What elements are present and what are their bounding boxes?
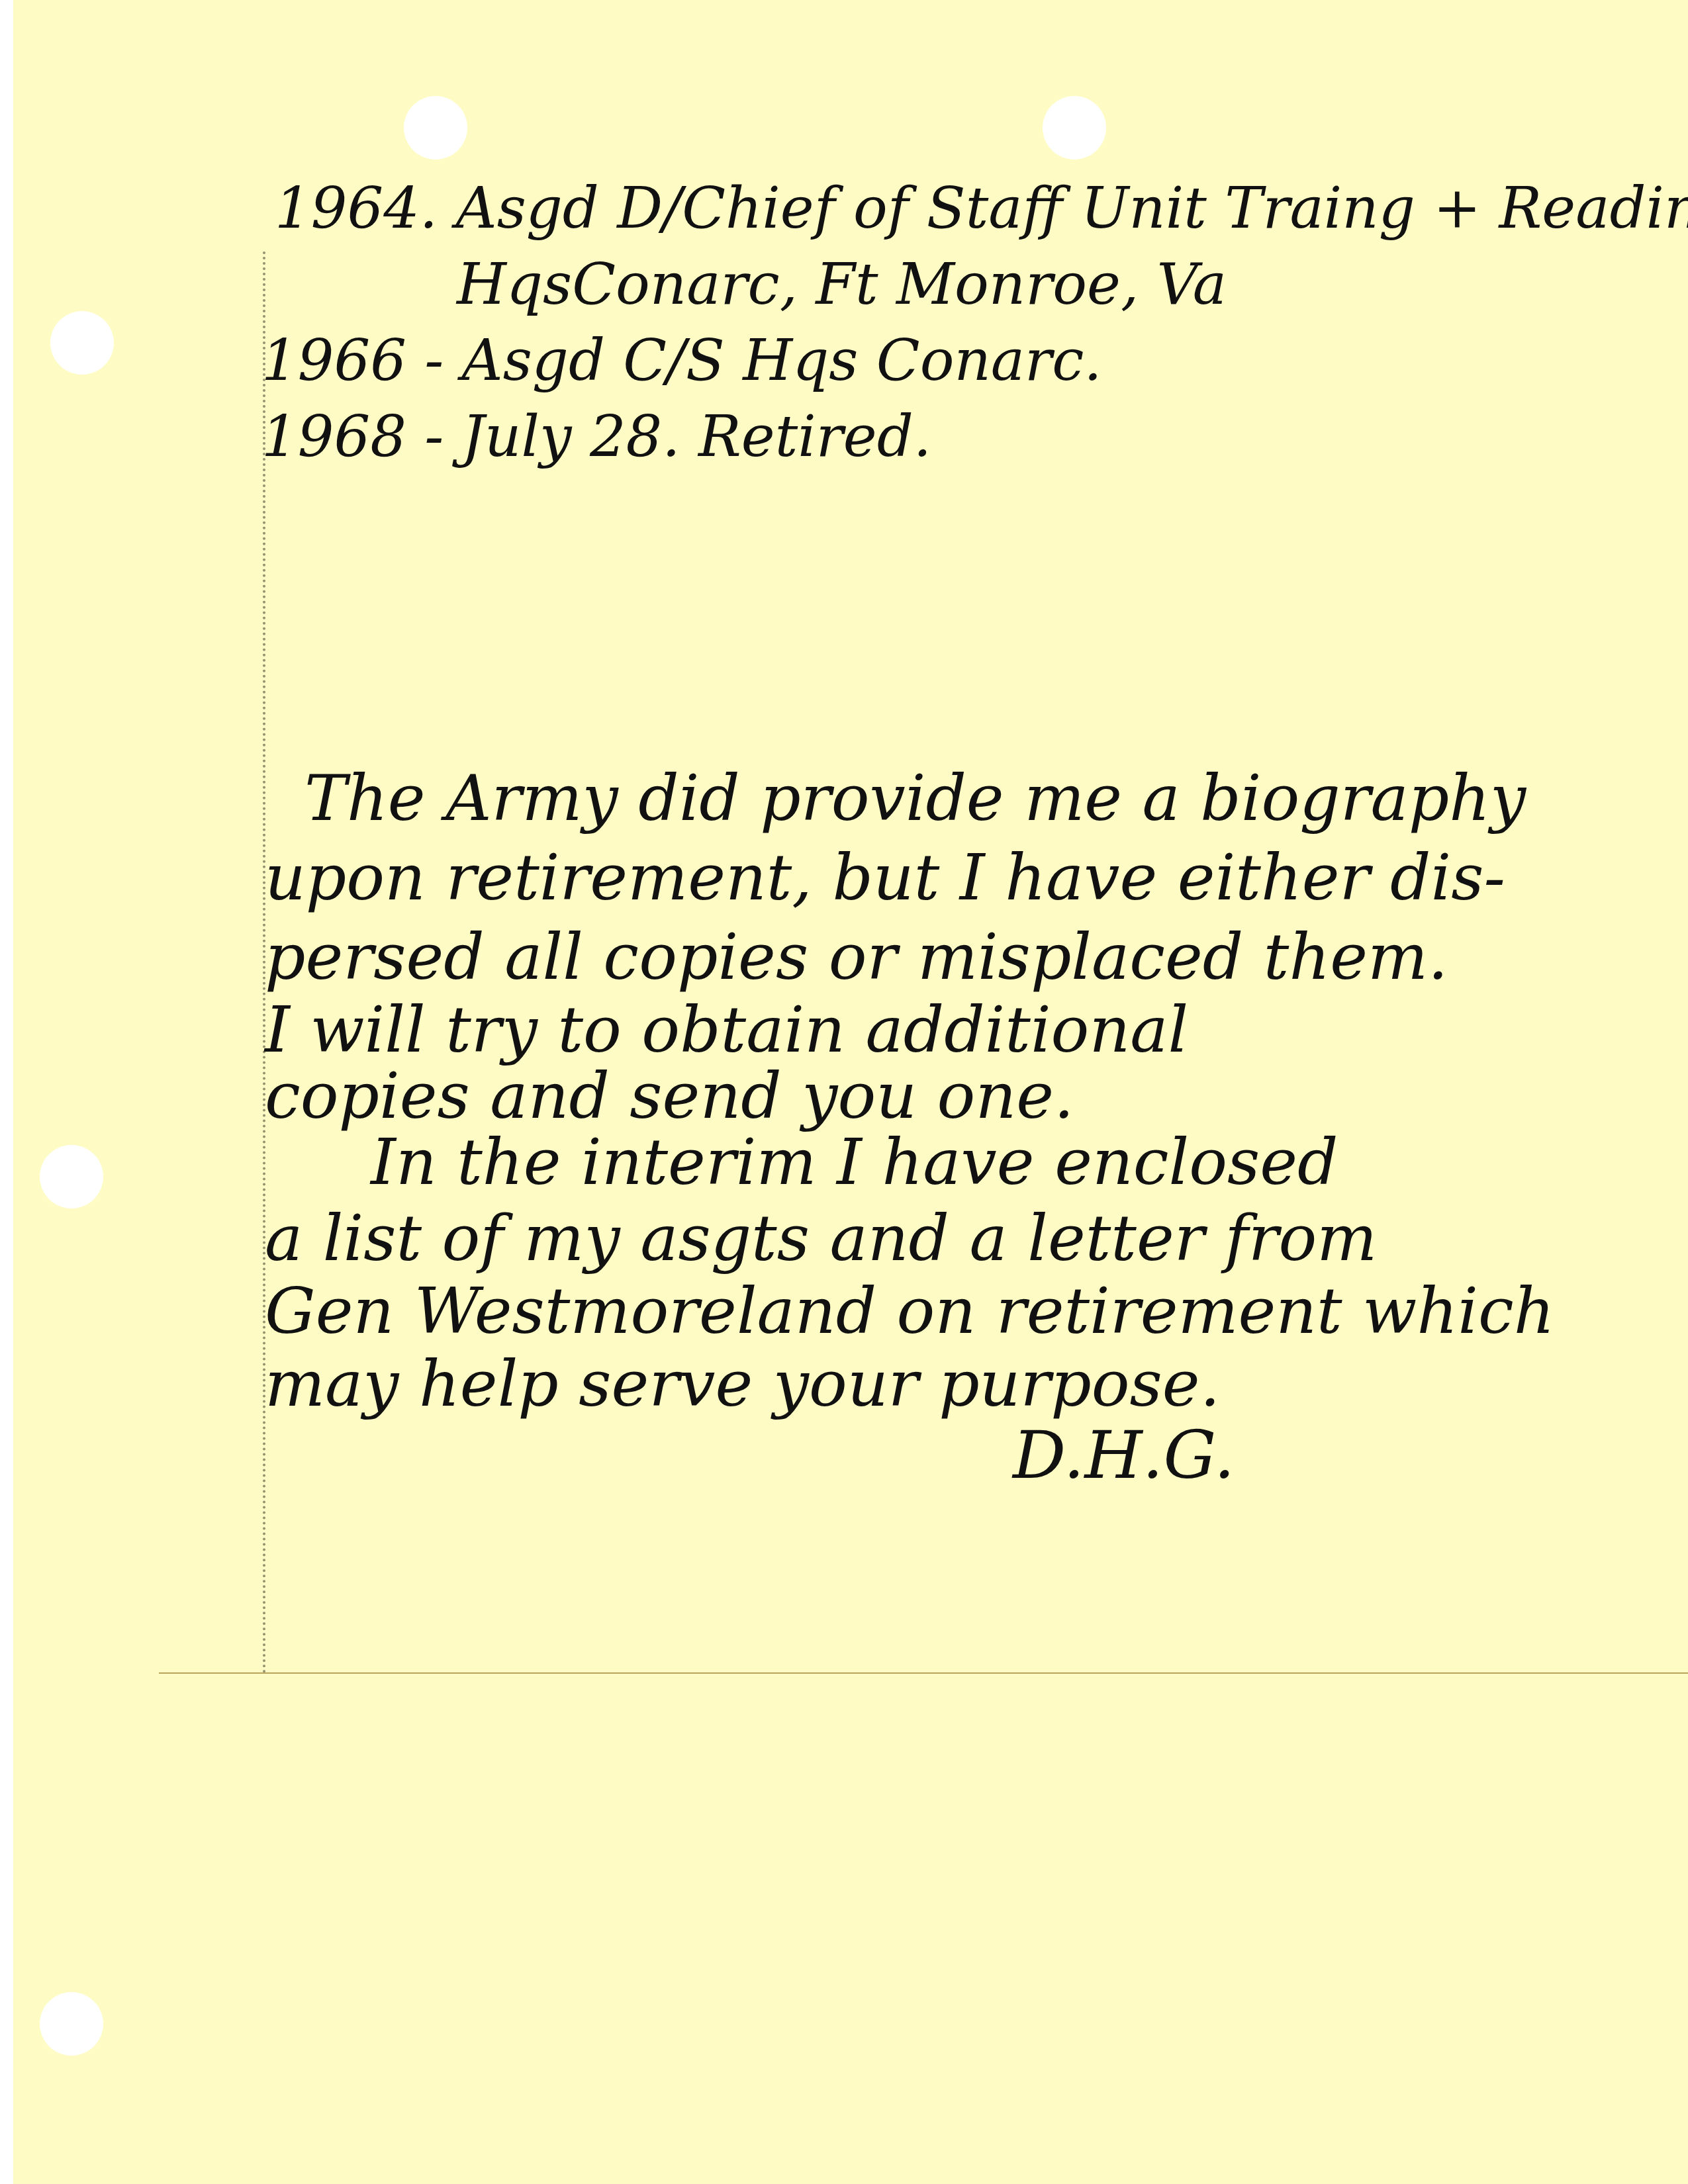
body-line-4: I will try to obtain additional [265,993,1188,1067]
paper-fold-line [159,1672,1688,1674]
body-line-3: persed all copies or misplaced them. [265,920,1448,994]
body-line-2: upon retirement, but I have either dis- [265,841,1505,915]
binder-hole [1043,96,1106,159]
body-line-5: copies and send you one. [265,1059,1074,1133]
assignment-1968-retired: 1968 - July 28. Retired. [261,404,931,470]
assignment-1964-line2: HqsConarc, Ft Monroe, Va [457,251,1227,318]
binder-hole [50,311,114,375]
body-line-1: The Army did provide me a biography [305,761,1526,835]
signature-initials: D.H.G. [1013,1416,1235,1494]
body-line-6: In the interim I have enclosed [371,1125,1338,1199]
binder-hole [40,1992,103,2056]
binder-hole [404,96,467,159]
body-line-7: a list of my asgts and a letter from [265,1201,1377,1275]
body-line-9: may help serve your purpose. [265,1347,1220,1421]
binder-hole [40,1145,103,1208]
assignment-1966: 1966 - Asgd C/S Hqs Conarc. [261,328,1102,394]
body-line-8: Gen Westmoreland on retirement which [265,1274,1555,1348]
assignment-1964-line1: 1964. Asgd D/Chief of Staff Unit Traing … [275,175,1688,242]
